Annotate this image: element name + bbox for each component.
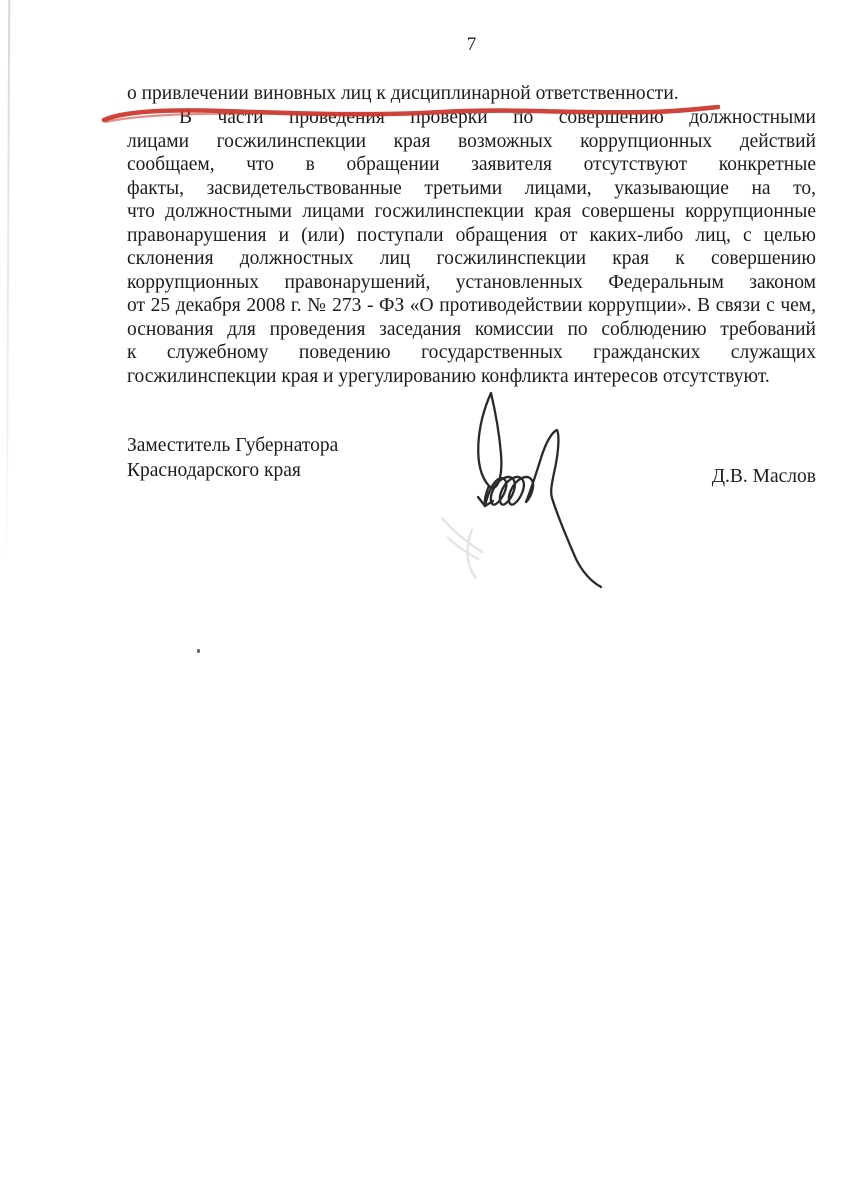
- paragraph-line: госжилинспекции края и урегулированию ко…: [127, 365, 816, 389]
- paragraph-line: склонения должностных лиц госжилинспекци…: [127, 247, 816, 271]
- page-number: 7: [127, 34, 816, 56]
- paragraph-line: В части проведения проверки по совершени…: [127, 106, 816, 130]
- paragraph-line: основания для проведения заседания комис…: [127, 318, 816, 342]
- document-page: 7 о привлечении виновных лиц к дисциплин…: [0, 0, 849, 1200]
- paragraph-line: к служебному поведению государственных г…: [127, 341, 816, 365]
- paragraph-line: лицами госжилинспекции края возможных ко…: [127, 130, 816, 154]
- paragraph-line: коррупционных правонарушений, установлен…: [127, 271, 816, 295]
- signer-title-line1: Заместитель Губернатора: [127, 434, 338, 459]
- scan-speck-artifact: [197, 649, 200, 653]
- paragraph-line: правонарушения и (или) поступали обращен…: [127, 224, 816, 248]
- paragraph-line: что должностными лицами госжилинспекции …: [127, 200, 816, 224]
- paragraph-line: сообщаем, что в обращении заявителя отсу…: [127, 153, 816, 177]
- underlined-sentence: о привлечении виновных лиц к дисциплинар…: [127, 83, 827, 105]
- paragraph-line: факты, засвидетельствованные третьими ли…: [127, 177, 816, 201]
- paragraph-line: от 25 декабря 2008 г. № 273 - ФЗ «О прот…: [127, 294, 816, 318]
- signer-name: Д.В. Маслов: [127, 466, 816, 488]
- body-paragraph: В части проведения проверки по совершени…: [127, 106, 816, 388]
- handwritten-signature-icon: [400, 380, 660, 600]
- scan-edge-artifact: [6, 0, 10, 565]
